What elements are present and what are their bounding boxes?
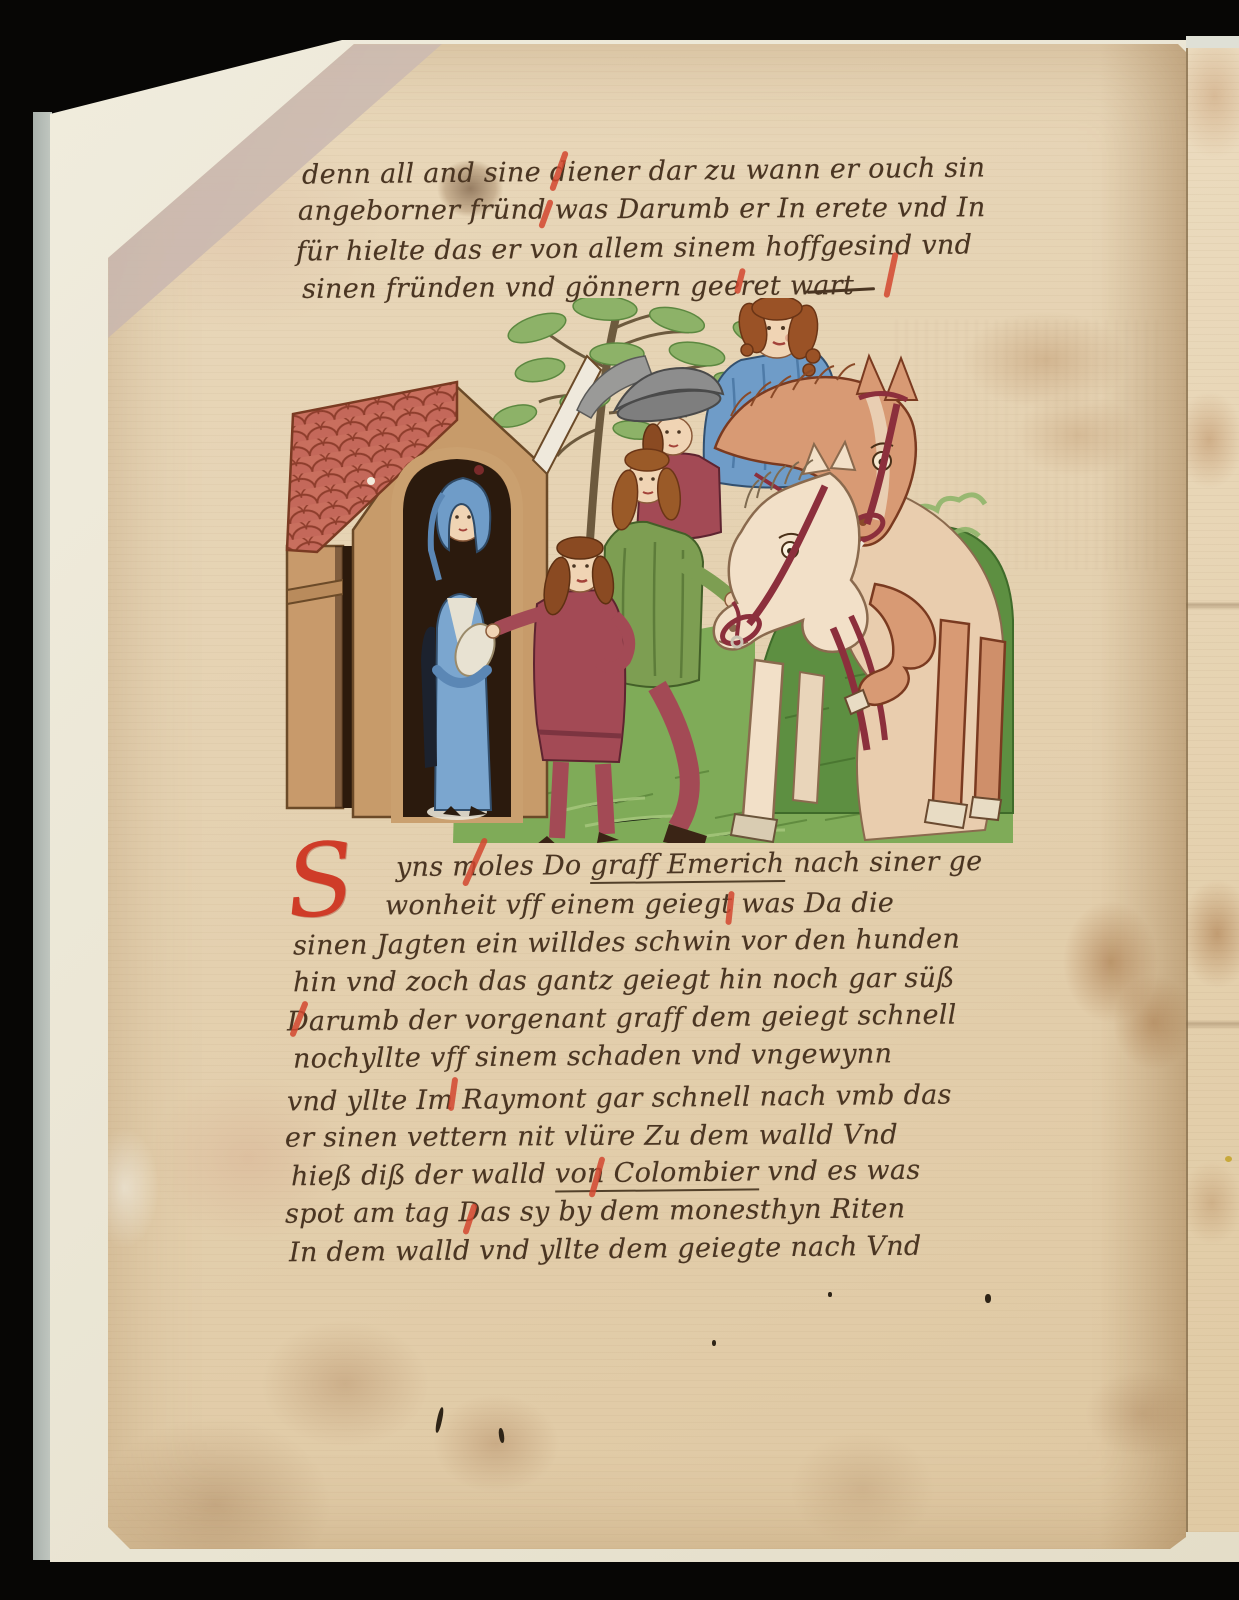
manuscript-photograph: Digitized medieval manuscript leaf with … xyxy=(0,0,1239,1600)
adjacent-leaf-edge xyxy=(1186,36,1239,1532)
underlined-phrase: graff Emerich xyxy=(590,848,784,884)
adjacent-leaf-top-edge xyxy=(1186,36,1239,48)
woman-in-blue xyxy=(421,465,502,816)
artifact-description: Digitized medieval manuscript leaf with … xyxy=(0,0,1,1)
ink-speck xyxy=(985,1294,991,1303)
text-line: In dem walld vnd yllte dem geiegte nach … xyxy=(289,1231,922,1269)
text-line: yns moles Do graff Emerich nach siner ge xyxy=(396,846,983,883)
underlined-phrase: von Colombier xyxy=(555,1156,759,1192)
roof-hole xyxy=(367,477,375,485)
courtyard-wall xyxy=(287,546,352,808)
ink-speck xyxy=(712,1340,716,1346)
text-line: er sinen vettern nit vlüre Zu dem walld … xyxy=(285,1119,898,1153)
backing-strip xyxy=(33,112,52,1560)
paint-dot xyxy=(1225,1156,1232,1162)
miniature-canvas xyxy=(285,298,1015,843)
miniature-illustration: Hunting scene: a woman in a blue hooded … xyxy=(285,298,1015,843)
line-segment: vnd es was xyxy=(758,1155,920,1188)
text-line: wonheit vff einem geiegt was Da die xyxy=(385,888,894,922)
text-line: spot am tag Das sy by dem monesthyn Rite… xyxy=(285,1193,906,1229)
text-line: nochyllte vff sinem schaden vnd vngewynn xyxy=(293,1038,892,1074)
line-segment: nach siner ge xyxy=(784,846,982,879)
ink-speck xyxy=(828,1292,832,1297)
text-line: hin vnd zoch das gantz geiegt hin noch g… xyxy=(293,963,955,999)
hood-brooch xyxy=(474,465,484,475)
text-line: angeborner fründ was Darumb er In erete … xyxy=(298,192,986,227)
lombardic-initial: S xyxy=(282,833,358,929)
text-line: hieß diß der walld von Colombier vnd es … xyxy=(291,1155,921,1193)
line-segment: hieß diß der walld xyxy=(291,1159,555,1193)
line-segment: yns moles Do xyxy=(396,850,591,883)
